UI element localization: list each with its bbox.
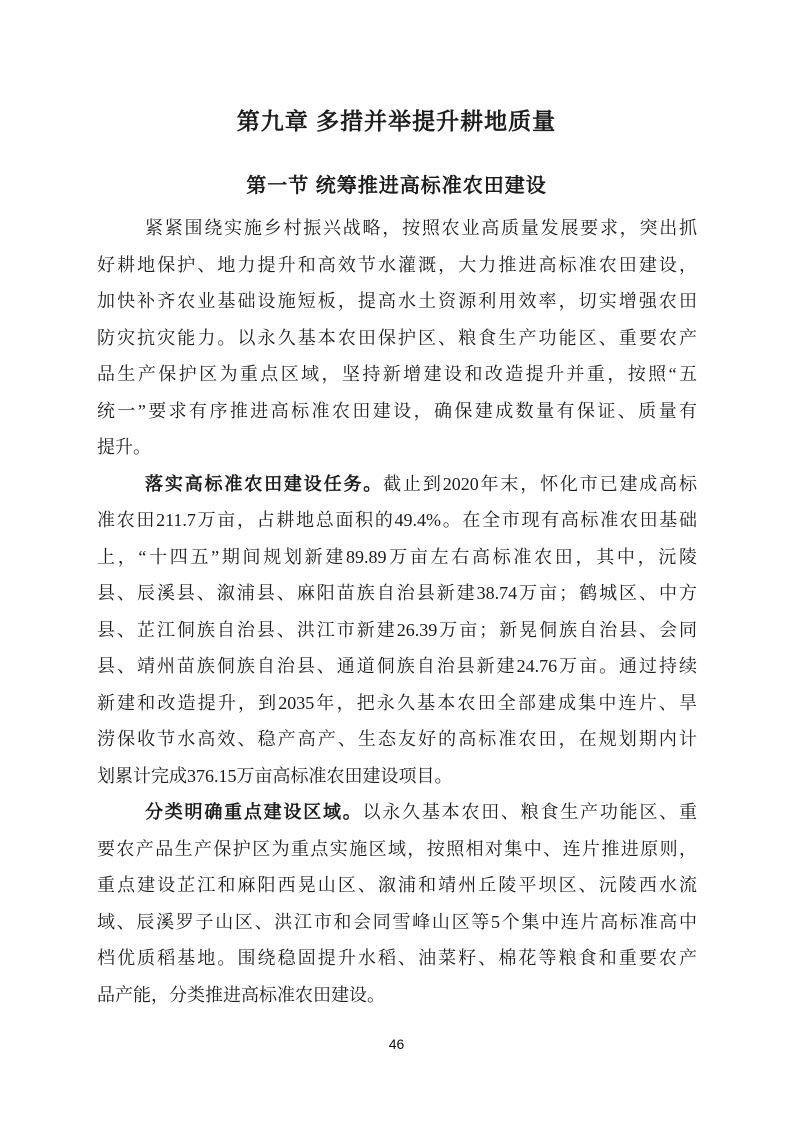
text-line: 域、辰溪罗子山区、洪江市和会同雪峰山区等5个集中连片高标准高中: [97, 904, 697, 941]
text-line: 提升。: [97, 429, 697, 466]
paragraph-lead: 分类明确重点建设区域。: [145, 802, 363, 822]
chapter-title: 第九章 多措并举提升耕地质量: [0, 0, 793, 136]
text-line: 分类明确重点建设区域。以永久基本农田、粮食生产功能区、重: [97, 794, 697, 831]
text-line: 县、靖州苗族侗族自治县、通道侗族自治县新建24.76万亩。通过持续: [97, 648, 697, 685]
text-line: 准农田211.7万亩，占耕地总面积的49.4%。在全市现有高标准农田基础: [97, 502, 697, 539]
text-line: 品产能，分类推进高标准农田建设。: [97, 977, 697, 1014]
body-text: 紧紧围绕实施乡村振兴战略，按照农业高质量发展要求，突出抓 好耕地保护、地力提升和…: [97, 210, 697, 1013]
text-line: 县、辰溪县、溆浦县、麻阳苗族自治县新建38.74万亩；鹤城区、中方: [97, 575, 697, 612]
document-page: 第九章 多措并举提升耕地质量 第一节 统筹推进高标准农田建设 紧紧围绕实施乡村振…: [0, 0, 793, 1122]
text-line: 上，“十四五”期间规划新建89.89万亩左右高标准农田，其中，沅陵: [97, 539, 697, 576]
page-number: 46: [0, 1036, 793, 1052]
paragraph-2: 落实高标准农田建设任务。截止到2020年末，怀化市已建成高标 准农田211.7万…: [97, 466, 697, 795]
text-line: 档优质稻基地。围绕稳固提升水稻、油菜籽、棉花等粮食和重要农产: [97, 940, 697, 977]
text-line: 加快补齐农业基础设施短板，提高水土资源利用效率，切实增强农田: [97, 283, 697, 320]
text-line: 新建和改造提升，到2035年，把永久基本农田全部建成集中连片、旱: [97, 685, 697, 722]
paragraph-3: 分类明确重点建设区域。以永久基本农田、粮食生产功能区、重 要农产品生产保护区为重…: [97, 794, 697, 1013]
text-line: 要农产品生产保护区为重点实施区域，按照相对集中、连片推进原则，: [97, 831, 697, 868]
text-line: 品生产保护区为重点区域，坚持新增建设和改造提升并重，按照“五: [97, 356, 697, 393]
paragraph-1: 紧紧围绕实施乡村振兴战略，按照农业高质量发展要求，突出抓 好耕地保护、地力提升和…: [97, 210, 697, 466]
section-title: 第一节 统筹推进高标准农田建设: [0, 173, 793, 199]
text-line: 防灾抗灾能力。以永久基本农田保护区、粮食生产功能区、重要农产: [97, 320, 697, 357]
text-run: 以永久基本农田、粮食生产功能区、重: [363, 802, 697, 822]
text-run: 截止到2020年末，怀化市已建成高标: [383, 474, 697, 494]
text-line: 统一”要求有序推进高标准农田建设，确保建成数量有保证、质量有: [97, 393, 697, 430]
text-line: 划累计完成376.15万亩高标准农田建设项目。: [97, 758, 697, 795]
paragraph-lead: 落实高标准农田建设任务。: [145, 474, 383, 494]
text-line: 紧紧围绕实施乡村振兴战略，按照农业高质量发展要求，突出抓: [97, 210, 697, 247]
text-line: 重点建设芷江和麻阳西晃山区、溆浦和靖州丘陵平坝区、沅陵西水流: [97, 867, 697, 904]
text-line: 好耕地保护、地力提升和高效节水灌溉，大力推进高标准农田建设，: [97, 247, 697, 284]
text-line: 涝保收节水高效、稳产高产、生态友好的高标准农田，在规划期内计: [97, 721, 697, 758]
text-line: 县、芷江侗族自治县、洪江市新建26.39万亩；新晃侗族自治县、会同: [97, 612, 697, 649]
text-line: 落实高标准农田建设任务。截止到2020年末，怀化市已建成高标: [97, 466, 697, 503]
